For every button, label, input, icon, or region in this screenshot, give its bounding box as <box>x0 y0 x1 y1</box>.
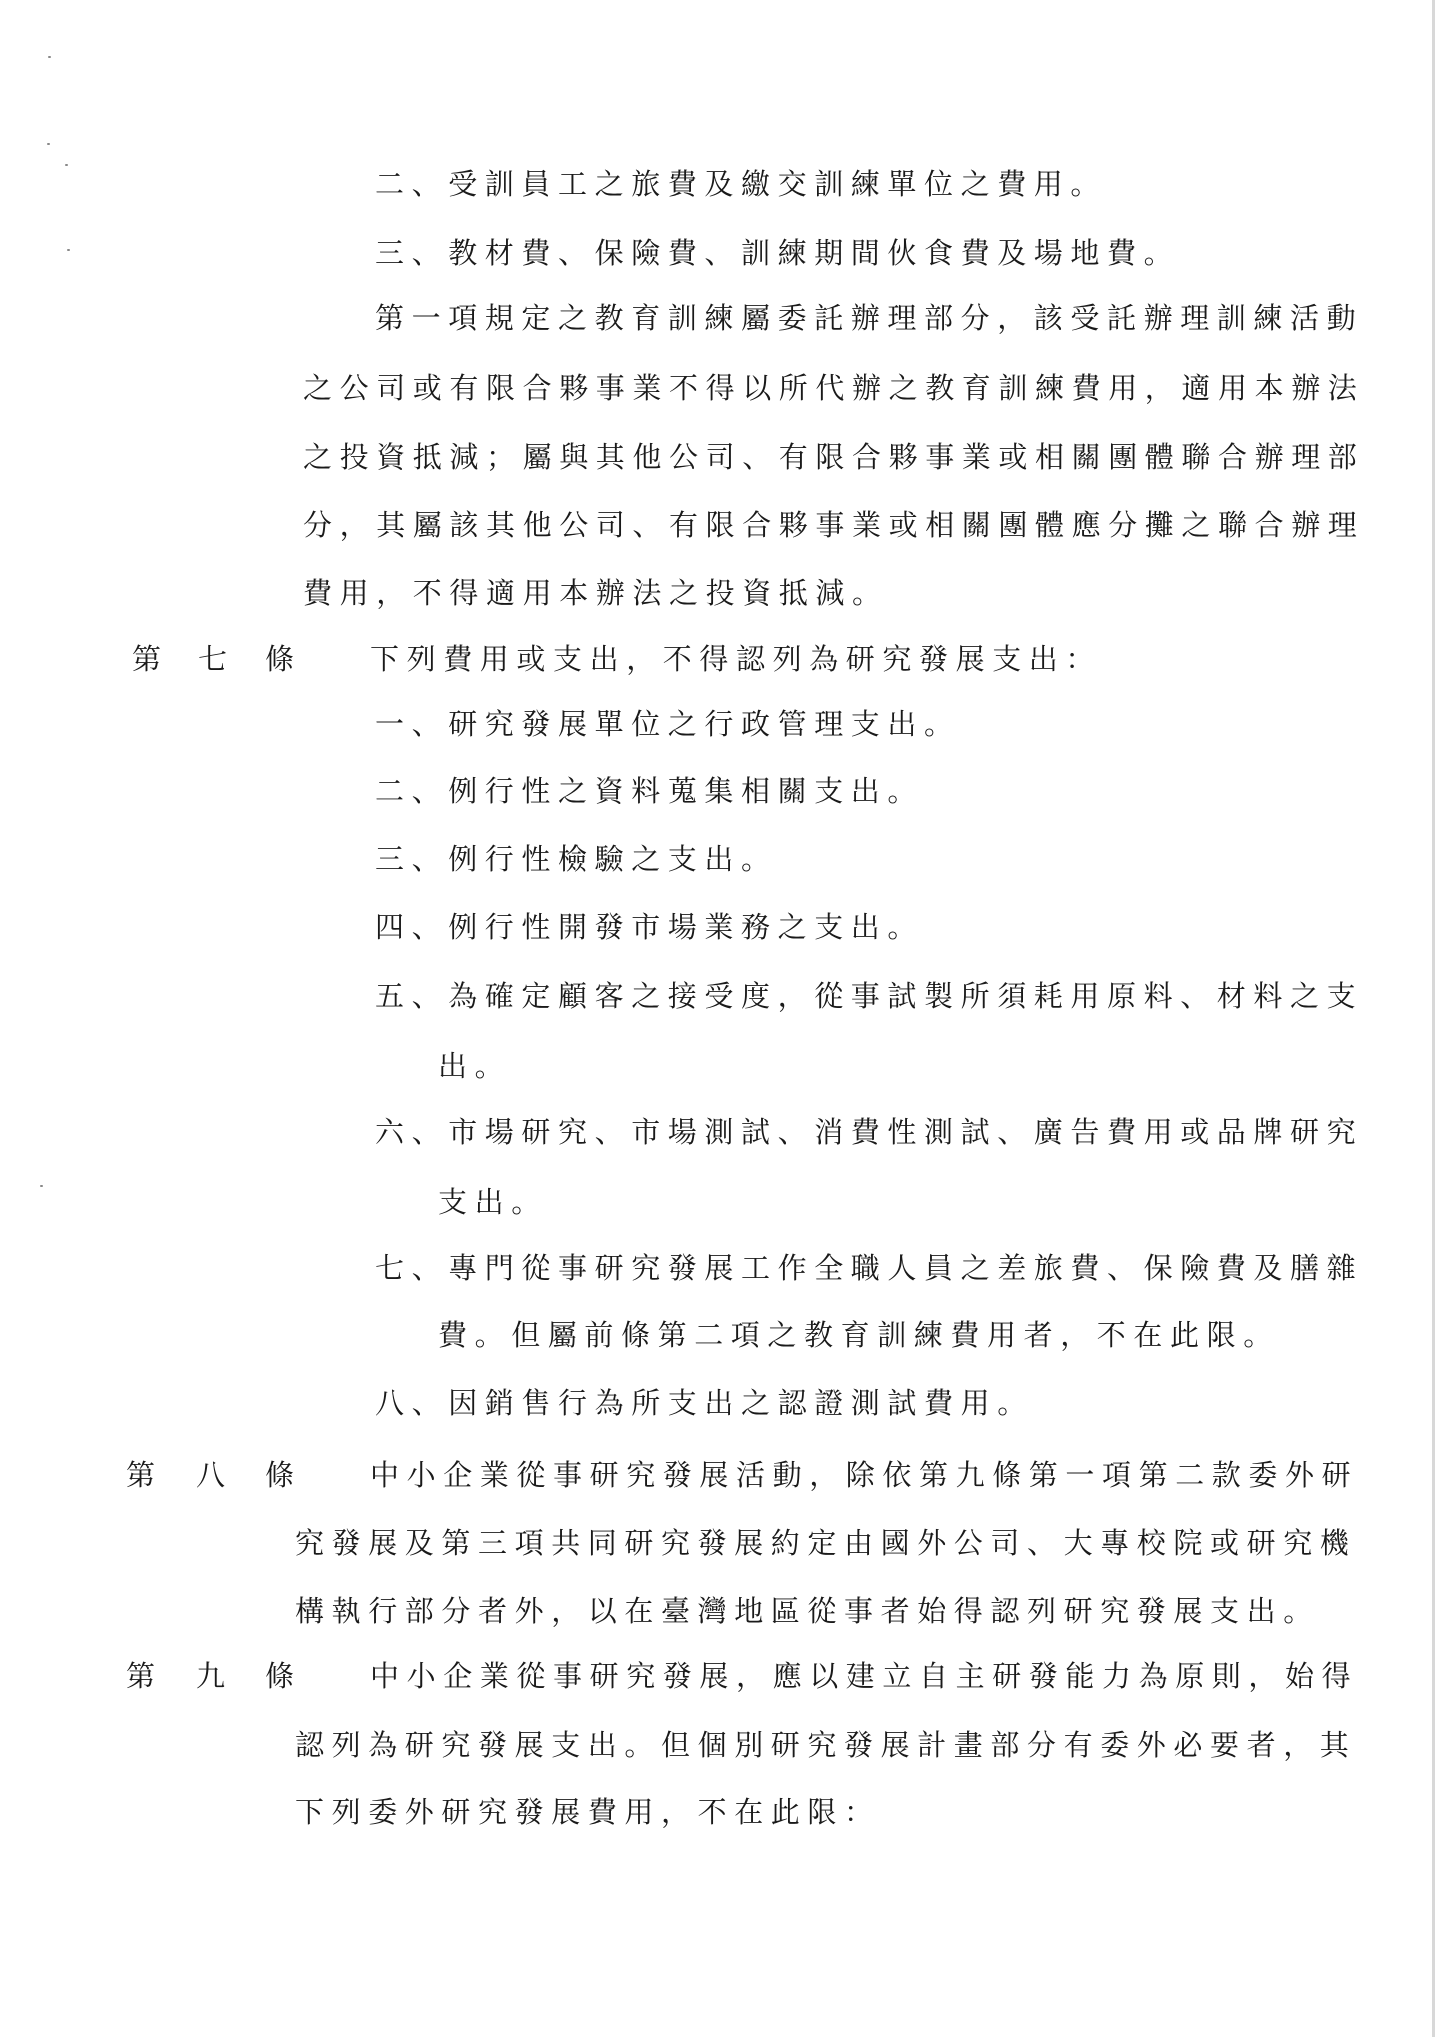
text-line: 之公司或有限合夥事業不得以所代辦之教育訓練費用，適用本辦法 <box>303 371 1364 405</box>
scan-speck <box>47 143 50 145</box>
text-line: 下列委外研究發展費用，不在此限： <box>295 1795 881 1829</box>
text-line: 中小企業從事研究發展活動，除依第九條第一項第二款委外研 <box>370 1458 1358 1492</box>
scan-speck <box>65 164 68 166</box>
article-label-part: 條 <box>265 642 294 676</box>
list-item: 五、為確定顧客之接受度，從事試製所須耗用原料、材料之支 <box>375 979 1363 1013</box>
article-label-part: 八 <box>196 1458 225 1492</box>
list-item: 八、因銷售行為所支出之認證測試費用。 <box>375 1386 1034 1420</box>
article-label-part: 第 <box>126 1659 155 1693</box>
article-7-label: 第 七 條 <box>132 642 161 676</box>
list-item-continuation: 費。但屬前條第二項之教育訓練費用者，不在此限。 <box>438 1318 1280 1352</box>
list-item: 七、專門從事研究發展工作全職人員之差旅費、保險費及膳雜 <box>375 1251 1363 1285</box>
list-item: 二、例行性之資料蒐集相關支出。 <box>375 774 924 808</box>
article-label-part: 第 <box>132 642 161 676</box>
article-label-part: 九 <box>196 1659 225 1693</box>
article-9-label: 第 九 條 <box>126 1659 155 1693</box>
list-item: 六、市場研究、市場測試、消費性測試、廣告費用或品牌研究 <box>375 1115 1363 1149</box>
article-8-label: 第 八 條 <box>126 1458 155 1492</box>
article-label-part: 條 <box>265 1458 294 1492</box>
article-label-part: 七 <box>198 642 227 676</box>
text-line: 分，其屬該其他公司、有限合夥事業或相關團體應分攤之聯合辦理 <box>303 508 1364 542</box>
scan-speck <box>67 249 70 251</box>
list-item: 三、例行性檢驗之支出。 <box>375 842 778 876</box>
text-line: 構執行部分者外，以在臺灣地區從事者始得認列研究發展支出。 <box>295 1594 1320 1628</box>
list-item: 一、研究發展單位之行政管理支出。 <box>375 707 961 741</box>
article-label-part: 第 <box>126 1458 155 1492</box>
scan-speck <box>40 1185 43 1187</box>
article-label-part: 條 <box>265 1659 294 1693</box>
text-line: 中小企業從事研究發展，應以建立自主研發能力為原則，始得 <box>370 1659 1358 1693</box>
list-item-continuation: 出。 <box>438 1049 511 1083</box>
text-line: 第一項規定之教育訓練屬委託辦理部分，該受託辦理訓練活動 <box>375 301 1363 335</box>
text-line: 費用，不得適用本辦法之投資抵減。 <box>303 576 889 610</box>
text-line: 二、受訓員工之旅費及繳交訓練單位之費用。 <box>375 167 1107 201</box>
text-line: 三、教材費、保險費、訓練期間伙食費及場地費。 <box>375 236 1180 270</box>
text-line: 認列為研究發展支出。但個別研究發展計畫部分有委外必要者，其 <box>295 1728 1356 1762</box>
scan-speck <box>48 56 51 58</box>
text-line: 究發展及第三項共同研究發展約定由國外公司、大專校院或研究機 <box>295 1526 1356 1560</box>
text-line: 下列費用或支出，不得認列為研究發展支出： <box>370 642 1102 676</box>
page-edge <box>1432 0 1435 2037</box>
text-line: 之投資抵減；屬與其他公司、有限合夥事業或相關團體聯合辦理部 <box>303 440 1364 474</box>
list-item: 四、例行性開發市場業務之支出。 <box>375 910 924 944</box>
list-item-continuation: 支出。 <box>438 1185 548 1219</box>
